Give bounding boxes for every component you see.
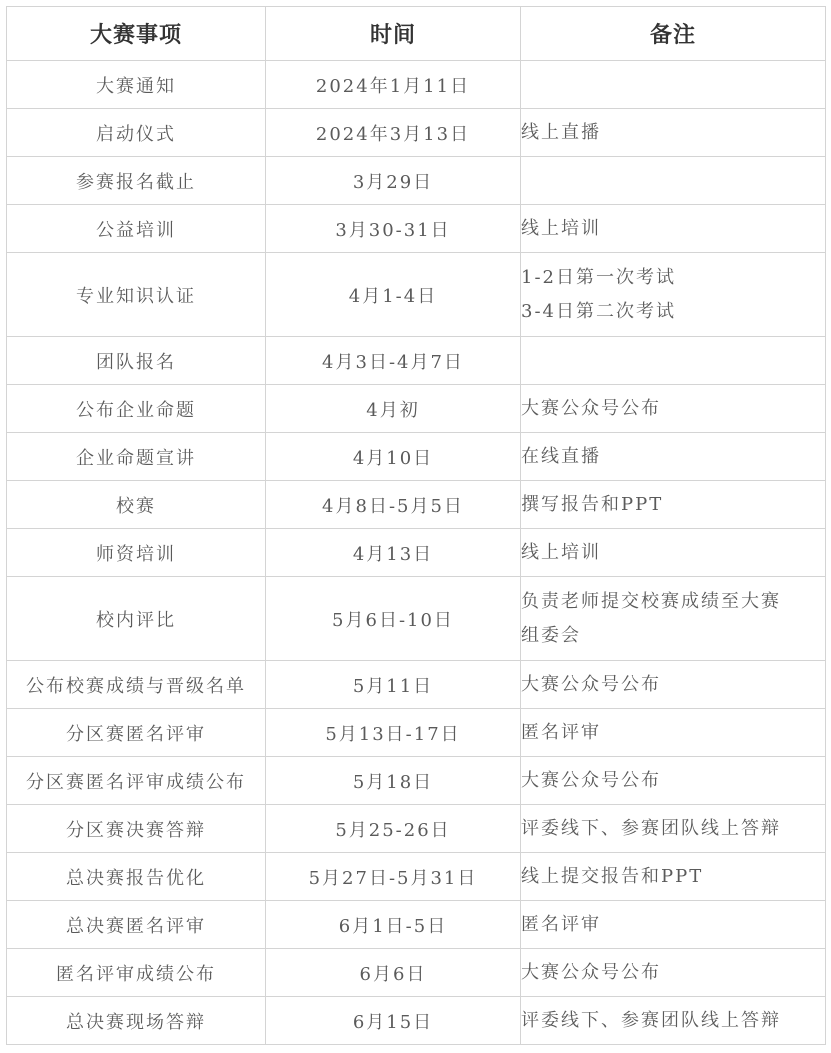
note-cell: 在线直播	[521, 433, 826, 481]
note-cell: 大赛公众号公布	[521, 949, 826, 997]
header-time: 时间	[266, 7, 521, 61]
time-cell: 3月30-31日	[266, 205, 521, 253]
item-cell: 总决赛报告优化	[7, 853, 266, 901]
note-line: 线上直播	[521, 116, 825, 150]
item-cell: 专业知识认证	[7, 253, 266, 337]
time-cell: 5月25-26日	[266, 805, 521, 853]
table-row: 校内评比 5月6日-10日 负责老师提交校赛成绩至大赛 组委会	[7, 577, 826, 661]
header-row: 大赛事项 时间 备注	[7, 7, 826, 61]
note-line: 匿名评审	[521, 716, 825, 750]
note-line: 线上培训	[521, 212, 825, 246]
note-line: 大赛公众号公布	[521, 668, 825, 702]
note-line: 大赛公众号公布	[521, 392, 825, 426]
table-row: 匿名评审成绩公布 6月6日 大赛公众号公布	[7, 949, 826, 997]
item-cell: 分区赛匿名评审成绩公布	[7, 757, 266, 805]
note-line: 大赛公众号公布	[521, 956, 825, 990]
note-line: 评委线下、参赛团队线上答辩	[521, 1004, 825, 1038]
item-cell: 大赛通知	[7, 61, 266, 109]
time-cell: 4月初	[266, 385, 521, 433]
note-cell: 线上培训	[521, 529, 826, 577]
item-cell: 公布校赛成绩与晋级名单	[7, 661, 266, 709]
table-row: 大赛通知 2024年1月11日	[7, 61, 826, 109]
time-cell: 4月3日-4月7日	[266, 337, 521, 385]
item-cell: 公益培训	[7, 205, 266, 253]
competition-schedule-table: 大赛事项 时间 备注 大赛通知 2024年1月11日 启动仪式 2024年3月1…	[6, 6, 826, 1045]
note-line: 在线直播	[521, 440, 825, 474]
note-cell: 大赛公众号公布	[521, 661, 826, 709]
note-cell: 评委线下、参赛团队线上答辩	[521, 997, 826, 1045]
table-row: 公益培训 3月30-31日 线上培训	[7, 205, 826, 253]
table-row: 启动仪式 2024年3月13日 线上直播	[7, 109, 826, 157]
time-cell: 4月1-4日	[266, 253, 521, 337]
note-line: 线上培训	[521, 536, 825, 570]
time-cell: 5月27日-5月31日	[266, 853, 521, 901]
note-line: 1-2日第一次考试	[521, 261, 825, 295]
time-cell: 2024年1月11日	[266, 61, 521, 109]
note-cell: 1-2日第一次考试 3-4日第二次考试	[521, 253, 826, 337]
table-row: 分区赛匿名评审 5月13日-17日 匿名评审	[7, 709, 826, 757]
note-cell	[521, 61, 826, 109]
time-cell: 5月18日	[266, 757, 521, 805]
note-line: 3-4日第二次考试	[521, 295, 825, 329]
note-line: 撰写报告和PPT	[521, 488, 825, 522]
item-cell: 企业命题宣讲	[7, 433, 266, 481]
table-row: 参赛报名截止 3月29日	[7, 157, 826, 205]
item-cell: 总决赛匿名评审	[7, 901, 266, 949]
note-cell: 负责老师提交校赛成绩至大赛 组委会	[521, 577, 826, 661]
note-cell: 线上提交报告和PPT	[521, 853, 826, 901]
time-cell: 4月8日-5月5日	[266, 481, 521, 529]
note-cell: 评委线下、参赛团队线上答辩	[521, 805, 826, 853]
item-cell: 校内评比	[7, 577, 266, 661]
time-cell: 5月11日	[266, 661, 521, 709]
item-cell: 匿名评审成绩公布	[7, 949, 266, 997]
time-cell: 6月6日	[266, 949, 521, 997]
header-note: 备注	[521, 7, 826, 61]
note-cell: 匿名评审	[521, 901, 826, 949]
time-cell: 5月13日-17日	[266, 709, 521, 757]
time-cell: 3月29日	[266, 157, 521, 205]
table-row: 师资培训 4月13日 线上培训	[7, 529, 826, 577]
table-row: 总决赛报告优化 5月27日-5月31日 线上提交报告和PPT	[7, 853, 826, 901]
item-cell: 公布企业命题	[7, 385, 266, 433]
table-row: 公布校赛成绩与晋级名单 5月11日 大赛公众号公布	[7, 661, 826, 709]
note-cell	[521, 157, 826, 205]
note-cell: 线上培训	[521, 205, 826, 253]
item-cell: 启动仪式	[7, 109, 266, 157]
time-cell: 4月13日	[266, 529, 521, 577]
table-row: 总决赛现场答辩 6月15日 评委线下、参赛团队线上答辩	[7, 997, 826, 1045]
note-cell: 线上直播	[521, 109, 826, 157]
note-line: 负责老师提交校赛成绩至大赛	[521, 585, 825, 619]
note-cell: 匿名评审	[521, 709, 826, 757]
time-cell: 2024年3月13日	[266, 109, 521, 157]
item-cell: 总决赛现场答辩	[7, 997, 266, 1045]
note-cell	[521, 337, 826, 385]
table-row: 校赛 4月8日-5月5日 撰写报告和PPT	[7, 481, 826, 529]
table-row: 公布企业命题 4月初 大赛公众号公布	[7, 385, 826, 433]
time-cell: 4月10日	[266, 433, 521, 481]
note-line: 线上提交报告和PPT	[521, 860, 825, 894]
item-cell: 分区赛决赛答辩	[7, 805, 266, 853]
time-cell: 5月6日-10日	[266, 577, 521, 661]
table-row: 企业命题宣讲 4月10日 在线直播	[7, 433, 826, 481]
header-item: 大赛事项	[7, 7, 266, 61]
time-cell: 6月15日	[266, 997, 521, 1045]
note-line: 匿名评审	[521, 908, 825, 942]
item-cell: 校赛	[7, 481, 266, 529]
table-row: 分区赛决赛答辩 5月25-26日 评委线下、参赛团队线上答辩	[7, 805, 826, 853]
note-cell: 大赛公众号公布	[521, 385, 826, 433]
table-row: 总决赛匿名评审 6月1日-5日 匿名评审	[7, 901, 826, 949]
note-cell: 撰写报告和PPT	[521, 481, 826, 529]
item-cell: 团队报名	[7, 337, 266, 385]
note-line: 组委会	[521, 619, 825, 653]
item-cell: 分区赛匿名评审	[7, 709, 266, 757]
table-row: 分区赛匿名评审成绩公布 5月18日 大赛公众号公布	[7, 757, 826, 805]
time-cell: 6月1日-5日	[266, 901, 521, 949]
note-line: 评委线下、参赛团队线上答辩	[521, 812, 825, 846]
table-row: 专业知识认证 4月1-4日 1-2日第一次考试 3-4日第二次考试	[7, 253, 826, 337]
note-line: 大赛公众号公布	[521, 764, 825, 798]
note-cell: 大赛公众号公布	[521, 757, 826, 805]
item-cell: 参赛报名截止	[7, 157, 266, 205]
item-cell: 师资培训	[7, 529, 266, 577]
table-row: 团队报名 4月3日-4月7日	[7, 337, 826, 385]
